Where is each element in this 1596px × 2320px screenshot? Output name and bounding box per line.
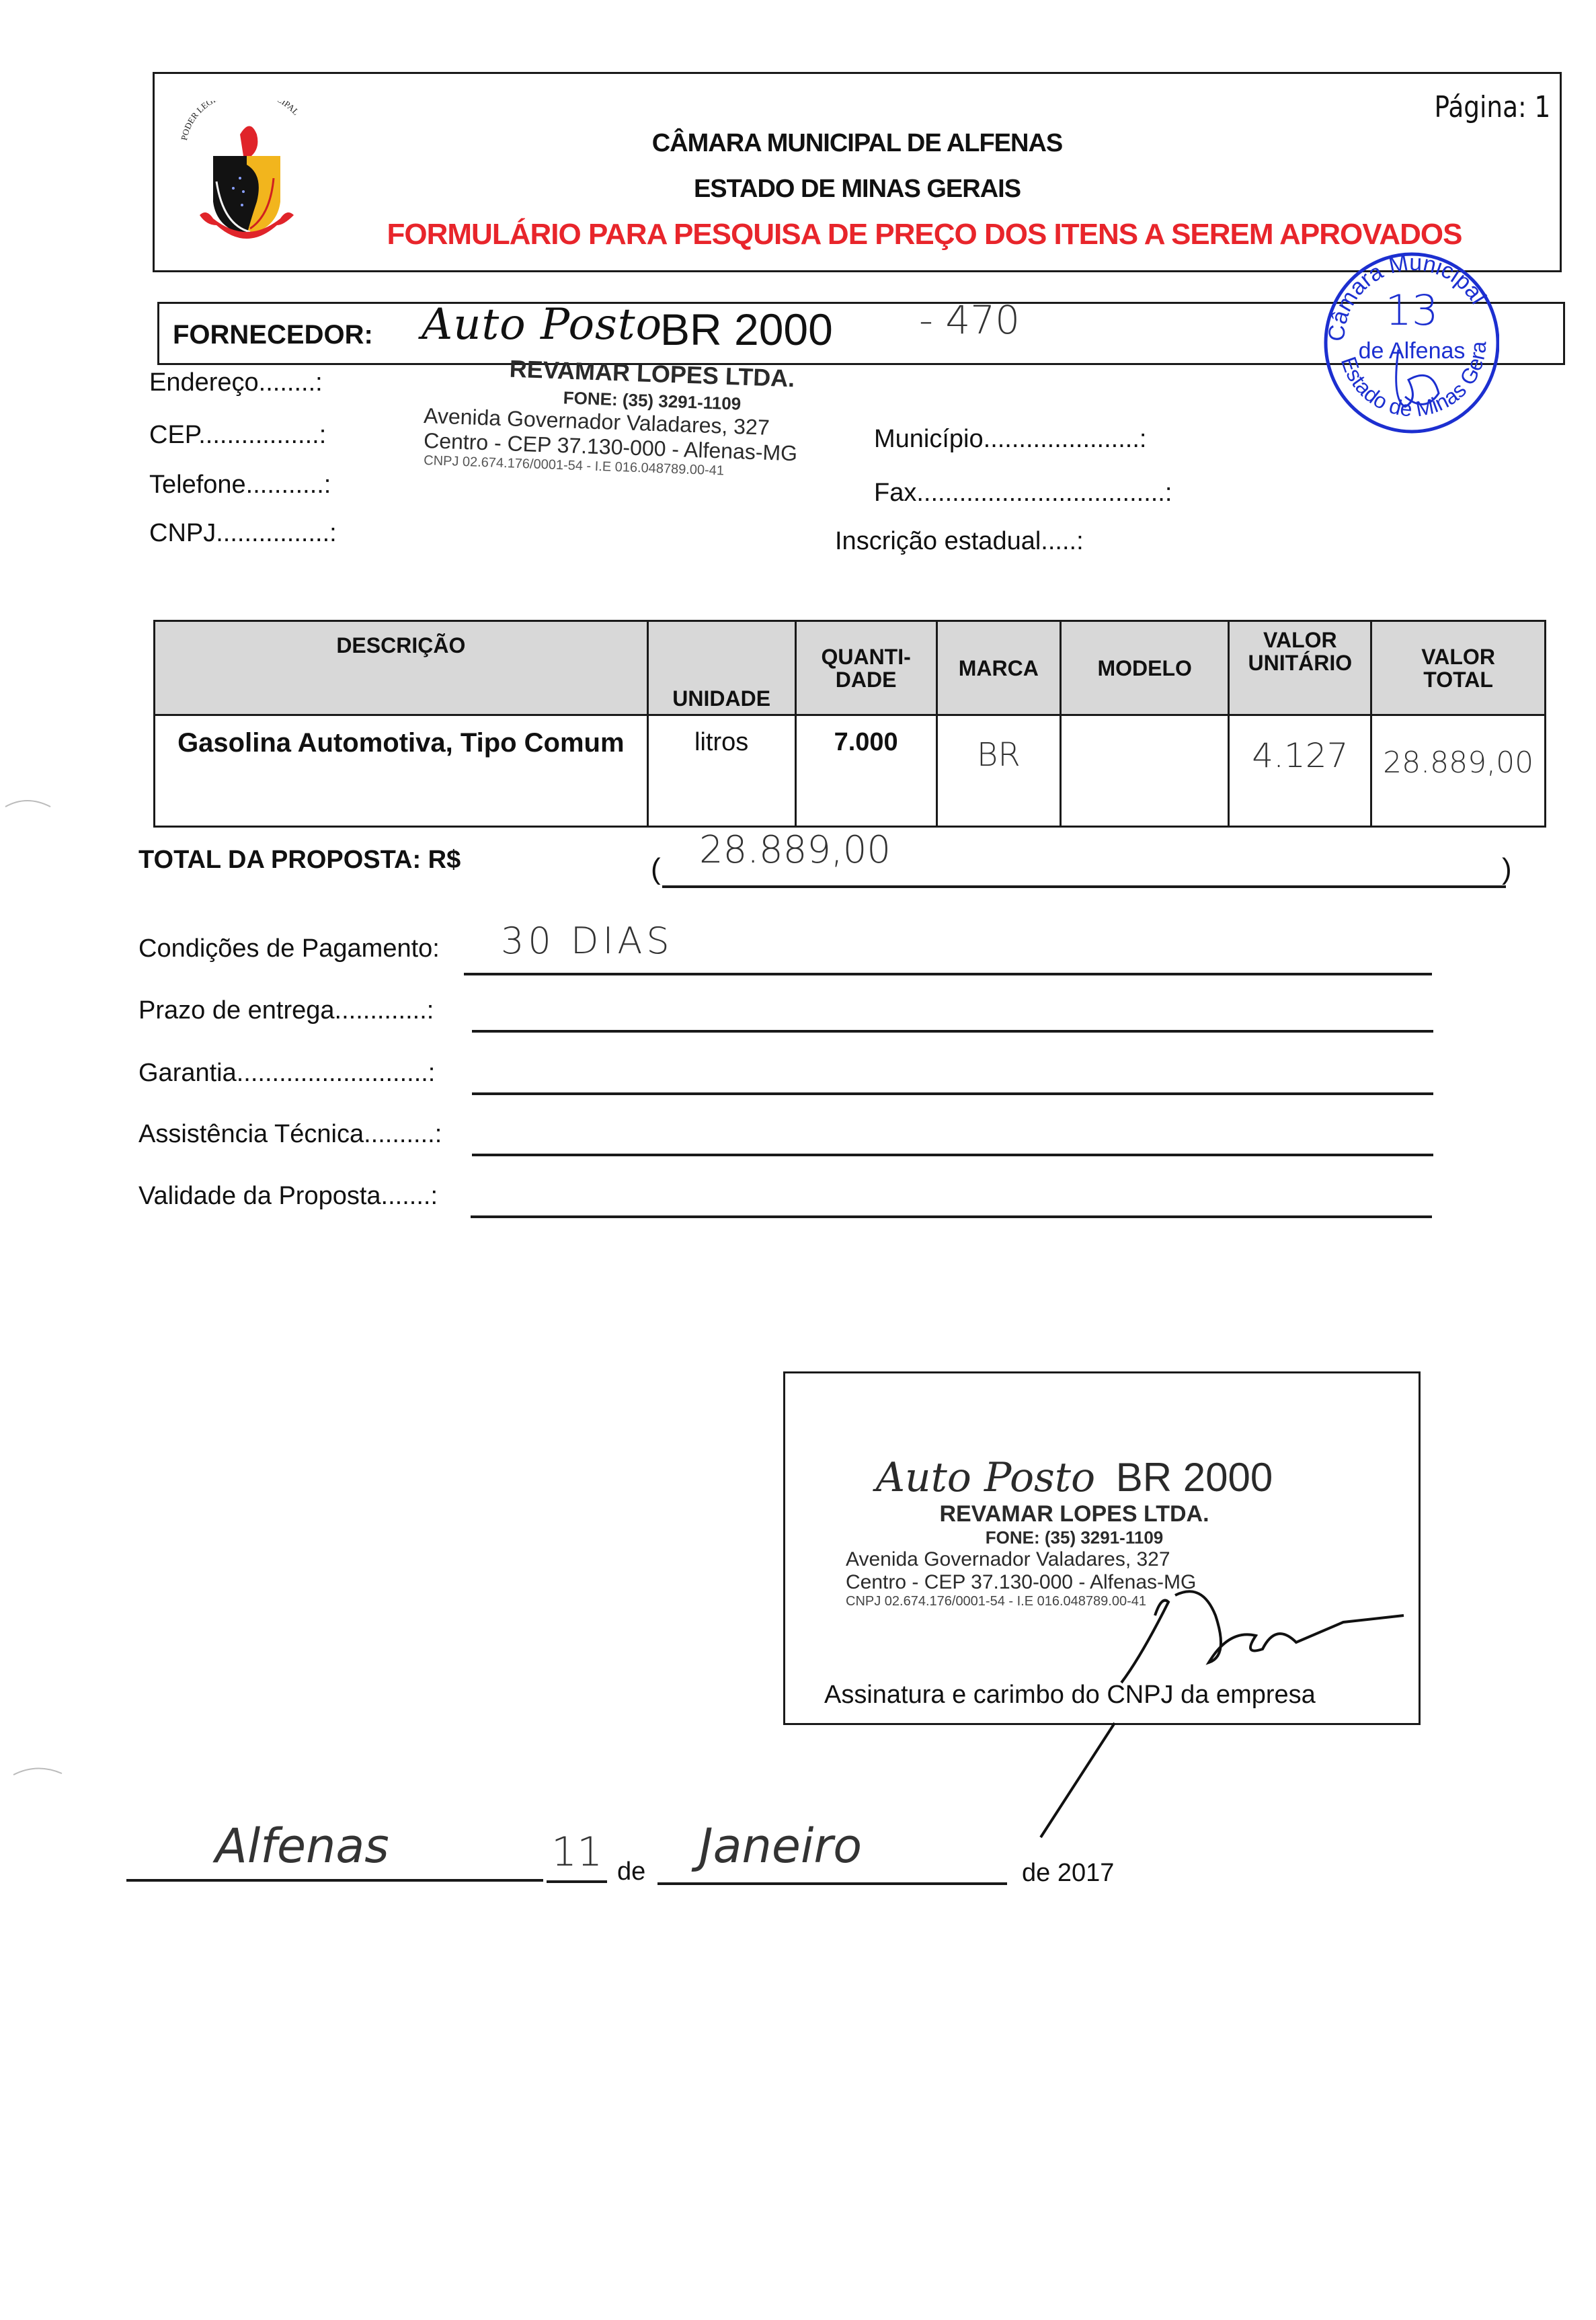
state-name: ESTADO DE MINAS GERAIS: [155, 175, 1560, 204]
logo-caption: PODER LEGISLATIVO MUNICIPAL: [179, 101, 301, 141]
institution-name: CÂMARA MUNICIPAL DE ALFENAS: [155, 129, 1560, 158]
sig-company-name: REVAMAR LOPES LTDA.: [846, 1501, 1303, 1527]
tech-support-line[interactable]: [472, 1154, 1433, 1156]
total-close-paren: ): [1502, 852, 1512, 886]
validity-line[interactable]: [471, 1215, 1432, 1218]
cell-unit: litros: [647, 715, 795, 827]
supplier-handwritten-number: - 470: [919, 297, 1020, 343]
header-box: Página: 1 CÂMARA MUNICIPAL DE ALFENAS ES…: [153, 72, 1562, 272]
total-value: 28.889,00: [699, 828, 891, 872]
sig-stamp-title: Auto Posto BR 2000: [846, 1454, 1303, 1501]
payment-terms-value[interactable]: 30 DIAS: [501, 920, 674, 962]
scan-artifact-bottom: [0, 1755, 67, 1795]
supplier-stamp-script: Auto Posto: [422, 300, 662, 350]
date-month-line: [657, 1882, 1007, 1885]
seal-number: 13: [1386, 286, 1439, 335]
page-number: Página: 1: [1434, 90, 1550, 124]
cnpj-label: CNPJ................:: [149, 519, 337, 548]
payment-terms-label: Condições de Pagamento:: [138, 934, 440, 963]
phone-label: Telefone...........:: [149, 471, 331, 499]
seal-middle-text: de Alfenas: [1359, 338, 1466, 364]
cell-quantity: 7.000: [795, 715, 936, 827]
payment-terms-line: [464, 973, 1432, 975]
scan-artifact-top: [0, 787, 61, 827]
col-unit-price: VALOR UNITÁRIO: [1229, 621, 1371, 715]
signature-box: Auto Posto BR 2000 REVAMAR LOPES LTDA. F…: [783, 1371, 1421, 1725]
cell-unit-price: 4.127: [1229, 715, 1371, 827]
total-open-paren: (: [651, 852, 661, 886]
date-city[interactable]: Alfenas: [215, 1818, 389, 1874]
total-label: TOTAL DA PROPOSTA: R$: [138, 846, 461, 875]
svg-text:PODER LEGISLATIVO MUNICIPAL: PODER LEGISLATIVO MUNICIPAL: [179, 101, 301, 141]
col-model: MODELO: [1060, 621, 1228, 715]
warranty-label: Garantia...........................:: [138, 1059, 435, 1088]
col-unit: UNIDADE: [647, 621, 795, 715]
cell-brand: BR: [936, 715, 1060, 827]
sig-company-address: Avenida Governador Valadares, 327: [846, 1548, 1303, 1571]
delivery-label: Prazo de entrega.............:: [138, 996, 434, 1025]
validity-label: Validade da Proposta.......:: [138, 1182, 438, 1211]
supplier-label: FORNECEDOR:: [173, 320, 373, 350]
cep-label: CEP.................:: [149, 421, 326, 450]
items-table: DESCRIÇÃO UNIDADE QUANTI- DADE MARCA MOD…: [153, 620, 1546, 828]
col-quantity: QUANTI- DADE: [795, 621, 936, 715]
handwritten-signature: [987, 1575, 1525, 1844]
coat-of-arms-logo: PODER LEGISLATIVO MUNICIPAL: [176, 101, 317, 255]
date-month[interactable]: Janeiro: [699, 1818, 862, 1874]
tech-support-label: Assistência Técnica..........:: [138, 1120, 442, 1149]
municipality-label: Município......................:: [874, 425, 1146, 454]
date-day-line: [547, 1880, 607, 1883]
warranty-line[interactable]: [472, 1092, 1433, 1095]
col-description: DESCRIÇÃO: [155, 621, 648, 715]
delivery-line[interactable]: [472, 1030, 1433, 1033]
date-day[interactable]: 11: [551, 1829, 602, 1876]
date-year: de 2017: [1022, 1859, 1114, 1888]
date-city-line: [126, 1879, 543, 1882]
col-brand: MARCA: [936, 621, 1060, 715]
state-registration-label: Inscrição estadual.....:: [835, 527, 1084, 556]
fax-label: Fax...................................:: [874, 479, 1172, 508]
cell-description: Gasolina Automotiva, Tipo Comum: [155, 715, 648, 827]
address-label: Endereço........:: [149, 368, 323, 397]
sig-company-phone: FONE: (35) 3291-1109: [846, 1527, 1303, 1548]
cell-model: [1060, 715, 1228, 827]
total-underline: [662, 885, 1506, 888]
table-header-row: DESCRIÇÃO UNIDADE QUANTI- DADE MARCA MOD…: [155, 621, 1546, 715]
signature-caption: Assinatura e carimbo do CNPJ da empresa: [824, 1681, 1316, 1710]
col-total-price: VALOR TOTAL: [1371, 621, 1546, 715]
chamber-seal-stamp: Câmara Municipal Estado de Minas Gerais …: [1318, 245, 1499, 440]
cell-total-price: 28.889,00: [1371, 715, 1546, 827]
supplier-stamp-brand: BR 2000: [660, 304, 833, 355]
table-row: Gasolina Automotiva, Tipo Comum litros 7…: [155, 715, 1546, 827]
date-de-label: de: [617, 1857, 645, 1886]
supplier-stamp-top: REVAMAR LOPES LTDA. FONE: (35) 3291-1109…: [417, 360, 887, 477]
